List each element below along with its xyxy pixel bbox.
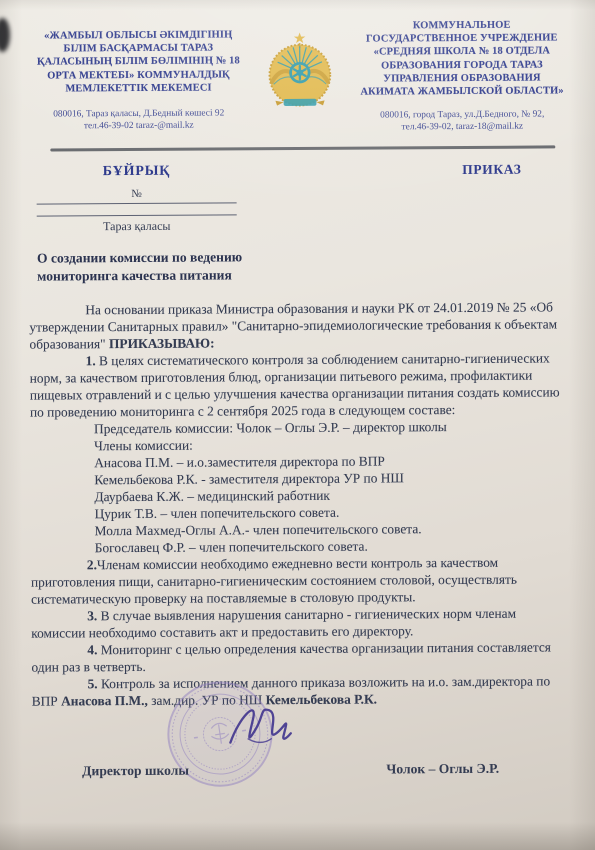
order-title-kk: БҰЙРЫҚ: [36, 163, 236, 180]
letterhead: «ЖАМБЫЛ ОБЛЫСЫ ӘКІМДІГІНІҢБІЛІМ БАСҚАРМА…: [0, 0, 593, 136]
letterhead-right-address: 080016, город Тараз, ул.Д.Бедного, № 92,…: [345, 108, 579, 133]
order-title-ru: ПРИКАЗ: [462, 161, 522, 231]
letterhead-left-org: «ЖАМБЫЛ ОБЛЫСЫ ӘКІМДІГІНІҢБІЛІМ БАСҚАРМА…: [18, 28, 260, 95]
text-line: МЕМЛЕКЕТТІК МЕКЕМЕСІ: [18, 81, 259, 96]
signature-title: Директор школы: [82, 762, 189, 779]
body-paragraph: 1. В целях систематического контроля за …: [30, 349, 571, 420]
state-emblem-icon: [259, 18, 346, 123]
order-document: «ЖАМБЫЛ ОБЛЫСЫ ӘКІМДІГІНІҢБІЛІМ БАСҚАРМА…: [0, 0, 595, 850]
header-divider: [50, 146, 555, 151]
document-body: На основании приказа Министра образовани…: [29, 298, 572, 709]
signature-name: Чолок – Оглы Э.Р.: [386, 760, 499, 777]
letterhead-left-address: 080016, Тараз қаласы, Д.Бедный көшесі 92…: [18, 107, 259, 132]
text-line: АКИМАТА ЖАМБЫЛСКОЙ ОБЛАСТИ»: [345, 84, 579, 99]
body-paragraph: На основании приказа Министра образовани…: [29, 298, 570, 352]
letterhead-right-org: КОММУНАЛЬНОЕГОСУДАРСТВЕННОЕ УЧРЕЖДЕНИЕ«С…: [345, 18, 579, 99]
letterhead-right: КОММУНАЛЬНОЕГОСУДАРСТВЕННОЕ УЧРЕЖДЕНИЕ«С…: [345, 16, 579, 134]
body-paragraph: 5. Контроль за исполнением данного прика…: [32, 672, 573, 709]
signature-row: Директор школы Чолок – Оглы Э.Р.: [2, 760, 595, 780]
text-line: «СРЕДНЯЯ ШКОЛА № 18 ОТДЕЛА: [345, 45, 579, 60]
document-photo: «ЖАМБЫЛ ОБЛЫСЫ ӘКІМДІГІНІҢБІЛІМ БАСҚАРМА…: [0, 0, 595, 850]
order-place: Тараз қаласы: [37, 218, 237, 234]
body-paragraph: 2.Членам комиссии необходимо ежедневно в…: [31, 553, 572, 607]
order-head: БҰЙРЫҚ № Тараз қаласы ПРИКАЗ: [0, 161, 594, 235]
body-paragraph: 3. В случае выявления нарушения санитарн…: [31, 604, 572, 641]
order-date-line: [37, 203, 237, 216]
text-line: тел.46-39-02, taraz-18@mail.kz: [345, 120, 579, 133]
order-head-left: БҰЙРЫҚ № Тараз қаласы: [36, 163, 236, 234]
director-signature-icon: [218, 694, 298, 758]
text-line: ҚАЛАСЫНЫҢ БІЛІМ БӨЛІМІНІҢ № 18: [18, 55, 259, 70]
text-line: тел.46-39-02 taraz-@mail.kz: [18, 119, 259, 132]
text-line: мониторинга качества питания: [37, 264, 594, 285]
body-paragraph: 4. Мониторинг с целью определения качест…: [31, 638, 572, 675]
letterhead-left: «ЖАМБЫЛ ОБЛЫСЫ ӘКІМДІГІНІҢБІЛІМ БАСҚАРМА…: [18, 18, 260, 132]
text-line: «ЖАМБЫЛ ОБЛЫСЫ ӘКІМДІГІНІҢ: [18, 28, 259, 43]
subject-title: О создании комиссии по ведениюмониторинг…: [37, 246, 594, 285]
text-line: ОРТА МЕКТЕБІ» КОММУНАЛДЫҚ: [18, 68, 259, 83]
order-number-line: №: [37, 187, 237, 204]
